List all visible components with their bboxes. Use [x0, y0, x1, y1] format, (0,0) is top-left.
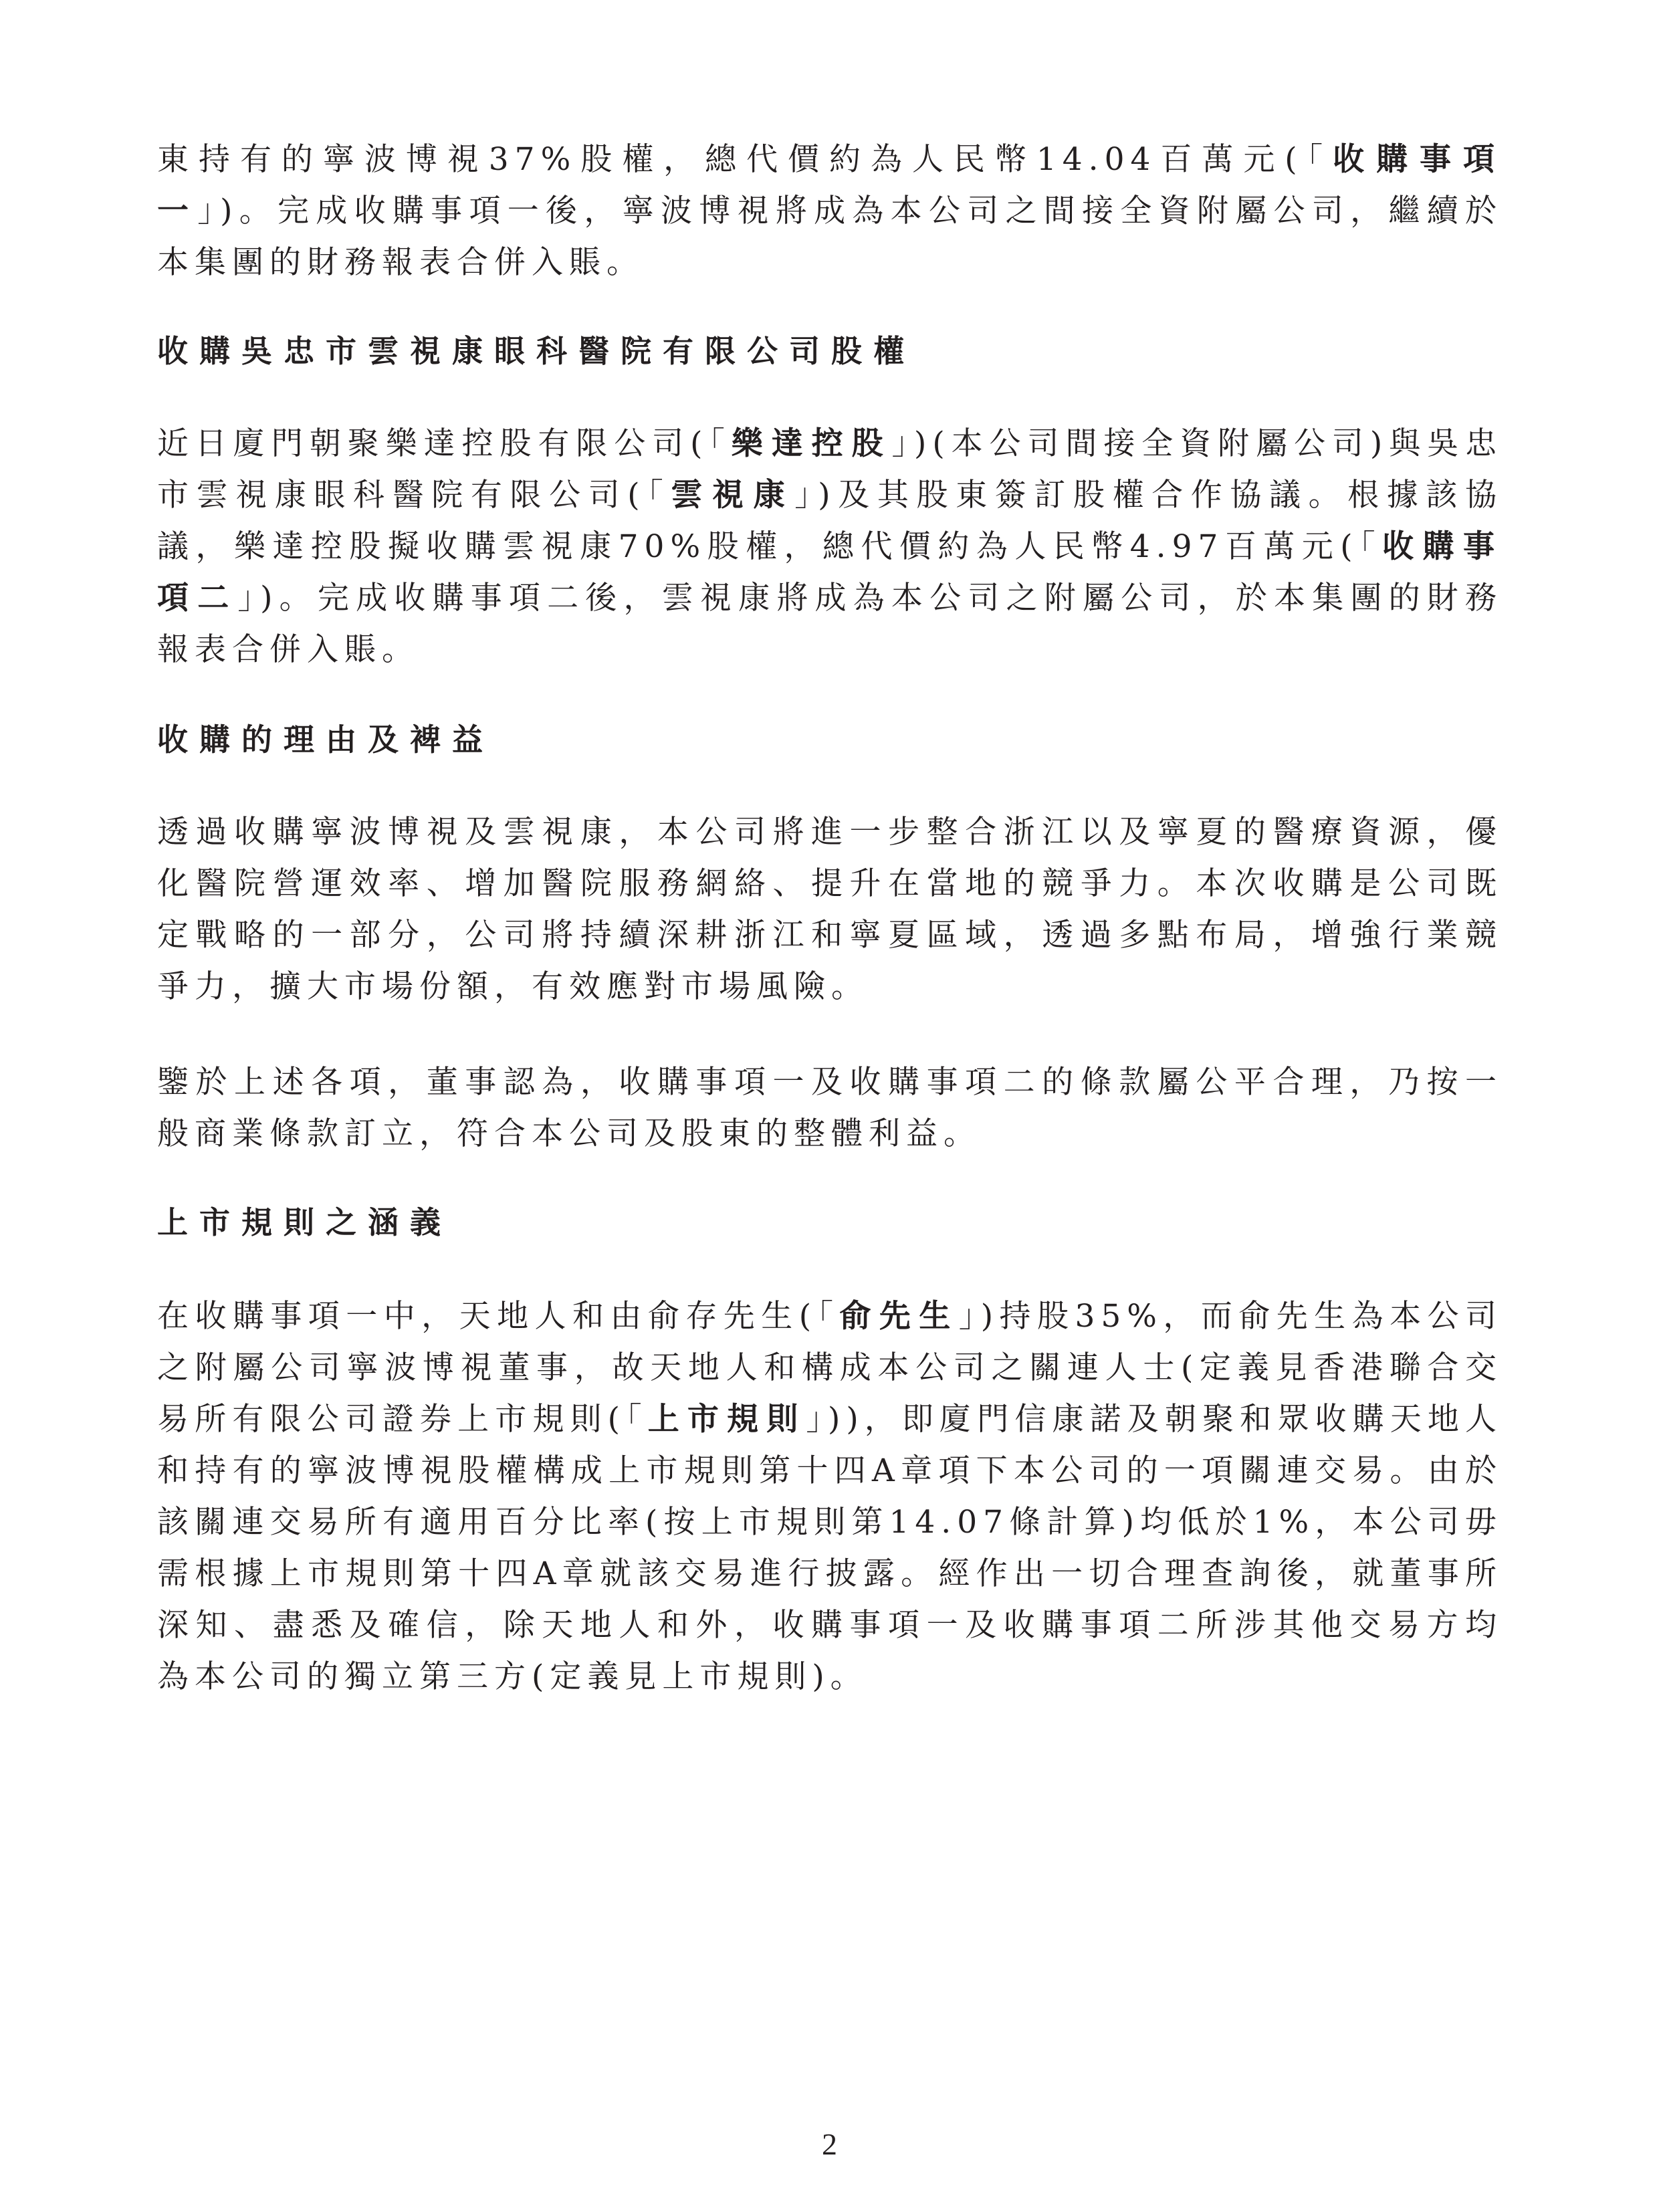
paragraph-reasons: 透過收購寧波博視及雲視康，本公司將進一步整合浙江以及寧夏的醫療資源，優化醫院營運…: [157, 806, 1503, 1012]
text: 近日廈門朝聚樂達控股有限公司(「: [157, 425, 732, 462]
defined-term-leda-holdings: 樂達控股: [732, 425, 892, 462]
defined-term-listing-rules: 上市規則: [648, 1401, 806, 1438]
text: 」)。完成收購事項一後，寧波博視將成為本公司之間接全資附屬公司，繼續於本集團的財…: [157, 193, 1503, 281]
document-page: 東持有的寧波博視37%股權，總代價約為人民幣14.04百萬元(「收購事項一」)。…: [157, 134, 1503, 1702]
section-heading-reasons-benefits: 收購的理由及裨益: [157, 720, 1503, 760]
paragraph-acquisition-two: 近日廈門朝聚樂達控股有限公司(「樂達控股」)(本公司間接全資附屬公司)與吳忠市雲…: [157, 418, 1503, 675]
section-heading-wuzhong-acquisition: 收購吳忠市雲視康眼科醫院有限公司股權: [157, 331, 1503, 371]
text: 」))，即廈門信康諾及朝聚和眾收購天地人和持有的寧波博視股權構成上市規則第十四A…: [157, 1401, 1503, 1695]
paragraph-listing-rules-implications: 在收購事項一中，天地人和由俞存先生(「俞先生」)持股35%，而俞先生為本公司之附…: [157, 1291, 1503, 1702]
text: 在收購事項一中，天地人和由俞存先生(「: [157, 1298, 839, 1335]
paragraph-acquisition-one-completion: 東持有的寧波博視37%股權，總代價約為人民幣14.04百萬元(「收購事項一」)。…: [157, 134, 1503, 288]
page-number: 2: [0, 2126, 1659, 2162]
text: 」)。完成收購事項二後，雲視康將成為本公司之附屬公司，於本集團的財務報表合併入賬…: [157, 580, 1503, 668]
section-heading-listing-rules: 上市規則之涵義: [157, 1202, 1503, 1242]
text: 東持有的寧波博視37%股權，總代價約為人民幣14.04百萬元(「: [157, 141, 1333, 178]
paragraph-directors-view: 鑒於上述各項，董事認為，收購事項一及收購事項二的條款屬公平合理，乃按一般商業條款…: [157, 1057, 1503, 1159]
defined-term-mr-yu: 俞先生: [839, 1298, 958, 1335]
defined-term-yunshikang: 雲視康: [671, 477, 794, 514]
